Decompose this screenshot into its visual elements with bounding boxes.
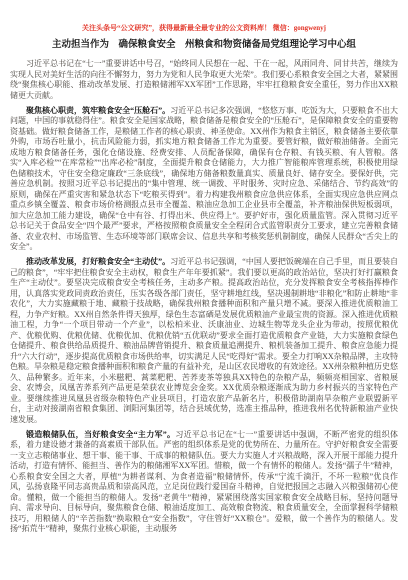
paragraph-lead: 推动改革发展，打好粮食安全“主动仗”。 xyxy=(26,257,170,266)
paragraph-reform-development: 推动改革发展，打好粮食安全“主动仗”。习近平总书记强调，“中国人要把饭碗端在自己… xyxy=(10,257,398,425)
paragraph-text: 习近平总书记多次强调，“悠悠万事、吃饭为大，只要粮食不出大问题，中国的事就稳得住… xyxy=(10,106,398,252)
document-title: 主动担当作为 确保粮食安全 州粮食和物资储备局党组理论学习中心组 xyxy=(10,39,398,52)
document-page: 关注头条号“公文研究”，获得最新最全最专业的公文资料库！ 微信：gongweny… xyxy=(0,0,408,580)
paragraph-lead: 锻造粮储队伍，当好粮食安全“主力军”。 xyxy=(26,430,175,439)
header-promo-notice: 关注头条号“公文研究”，获得最新最全最专业的公文资料库！ 微信：gongweny… xyxy=(10,24,398,33)
paragraph-core-duty: 聚焦核心职责，筑牢粮食安全“压舱石”。习近平总书记多次强调，“悠悠万事、吃饭为大… xyxy=(10,106,398,253)
paragraph-team-building: 锻造粮储队伍，当好粮食安全“主力军”。习近平总书记在“七一”重要讲话中强调，不断… xyxy=(10,430,398,535)
paragraph-intro: 习近平总书记在“七一”重要讲话中号召，“始终同人民想在一起、干在一起，风雨同舟、… xyxy=(10,59,398,101)
paragraph-lead: 聚焦核心职责，筑牢粮食安全“压舱石”。 xyxy=(26,106,170,115)
promo-text: 关注头条号“公文研究”，获得最新最全最专业的公文资料库！ xyxy=(82,24,271,32)
paragraph-text: 习近平总书记在“七一”重要讲话中强调，不断严密党的组织体系，着力建设德才兼备的高… xyxy=(10,430,398,534)
paragraph-text: 习近平总书记强调，“中国人要把饭碗端在自己手里，而且要装自己的粮食”，“牢牢把住… xyxy=(10,257,398,424)
promo-wechat-id: 微信：gongwenyj xyxy=(273,24,326,32)
paragraph-text: 习近平总书记在“七一”重要讲话中号召，“始终同人民想在一起、干在一起，风雨同舟、… xyxy=(10,59,398,100)
